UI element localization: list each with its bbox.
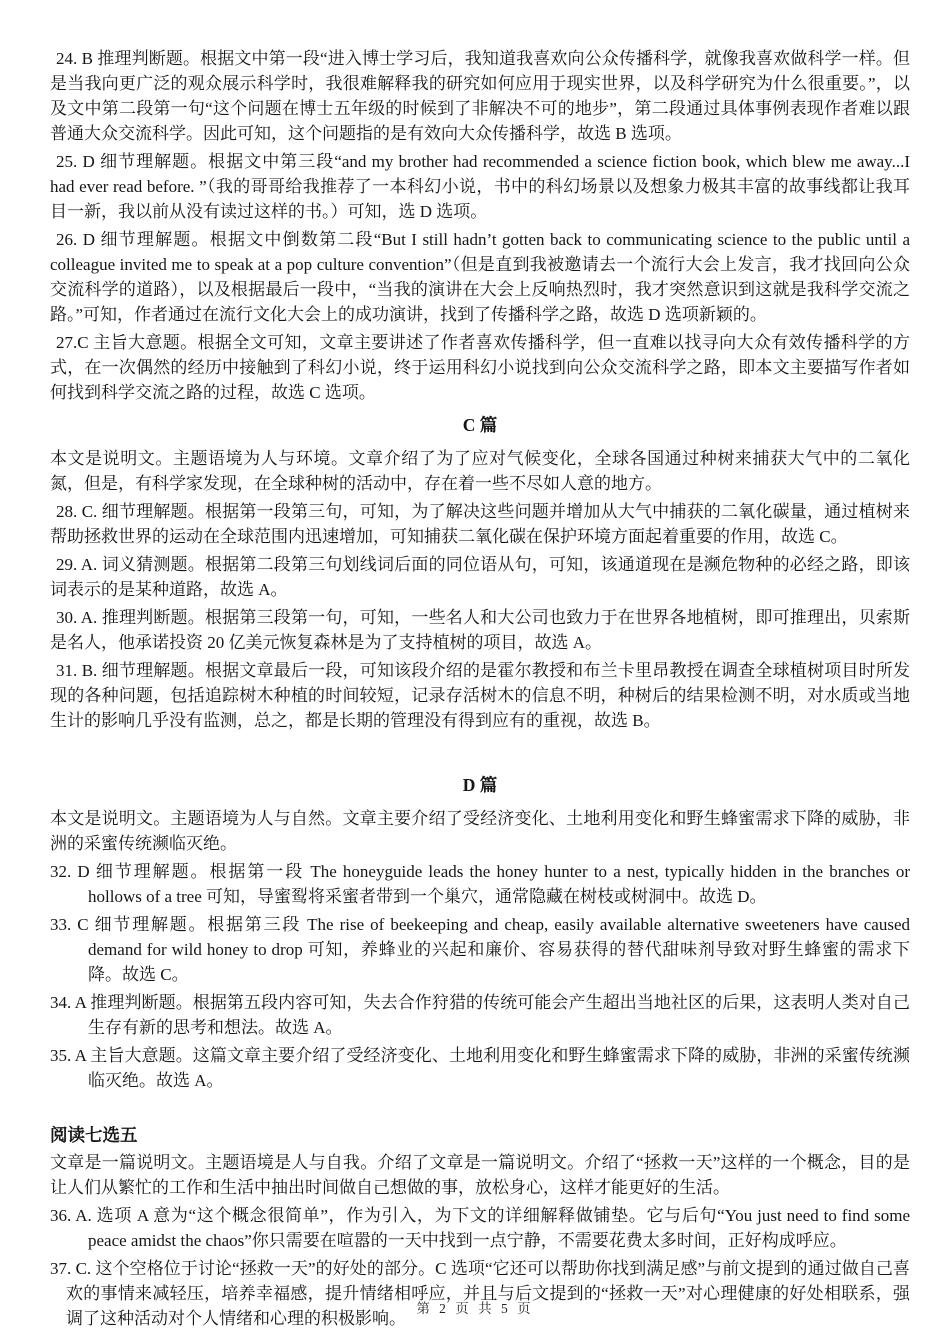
answer-item-29: 29. A. 词义猜测题。根据第二段第三句划线词后面的同位语从句，可知，该通道现…	[50, 552, 910, 602]
qixuanwu-summary: 文章是一篇说明文。主题语境是人与自我。介绍了文章是一篇说明文。介绍了“拯救一天”…	[50, 1150, 910, 1200]
section-heading-passage-d: D 篇	[50, 773, 910, 798]
section-heading-qixuanwu: 阅读七选五	[50, 1123, 910, 1148]
document-page: 24. B 推理判断题。根据文中第一段“进入博士学习后，我知道我喜欢向公众传播科…	[0, 0, 950, 1344]
answer-item-25: 25. D 细节理解题。根据文中第三段“and my brother had r…	[50, 149, 910, 224]
passage-d-summary: 本文是说明文。主题语境为人与自然。文章主要介绍了受经济变化、土地利用变化和野生蜂…	[50, 806, 910, 856]
answer-item-32: 32. D 细节理解题。根据第一段 The honeyguide leads t…	[50, 859, 910, 909]
page-content: 24. B 推理判断题。根据文中第一段“进入博士学习后，我知道我喜欢向公众传播科…	[0, 0, 950, 1331]
answer-item-36: 36. A. 选项 A 意为“这个概念很简单”，作为引入，为下文的详细解释做铺垫…	[50, 1203, 910, 1253]
answer-item-30: 30. A. 推理判断题。根据第三段第一句，可知，一些名人和大公司也致力于在世界…	[50, 605, 910, 655]
answer-item-33: 33. C 细节理解题。根据第三段 The rise of beekeeping…	[50, 912, 910, 987]
answer-item-27: 27.C 主旨大意题。根据全文可知，文章主要讲述了作者喜欢传播科学，但一直难以找…	[50, 330, 910, 405]
passage-c-summary: 本文是说明文。主题语境为人与环境。文章介绍了为了应对气候变化，全球各国通过种树来…	[50, 446, 910, 496]
answer-item-31: 31. B. 细节理解题。根据文章最后一段，可知该段介绍的是霍尔教授和布兰卡里昂…	[50, 658, 910, 733]
answer-item-24: 24. B 推理判断题。根据文中第一段“进入博士学习后，我知道我喜欢向公众传播科…	[50, 46, 910, 146]
answer-item-34: 34. A 推理判断题。根据第五段内容可知，失去合作狩猎的传统可能会产生超出当地…	[50, 990, 910, 1040]
answer-item-28: 28. C. 细节理解题。根据第一段第三句，可知，为了解决这些问题并增加从大气中…	[50, 499, 910, 549]
answer-item-35: 35. A 主旨大意题。这篇文章主要介绍了受经济变化、土地利用变化和野生蜂蜜需求…	[50, 1043, 910, 1093]
answer-item-26: 26. D 细节理解题。根据文中倒数第二段“But I still hadn’t…	[50, 227, 910, 327]
section-heading-passage-c: C 篇	[50, 413, 910, 438]
page-number-footer: 第 2 页 共 5 页	[0, 1296, 950, 1321]
